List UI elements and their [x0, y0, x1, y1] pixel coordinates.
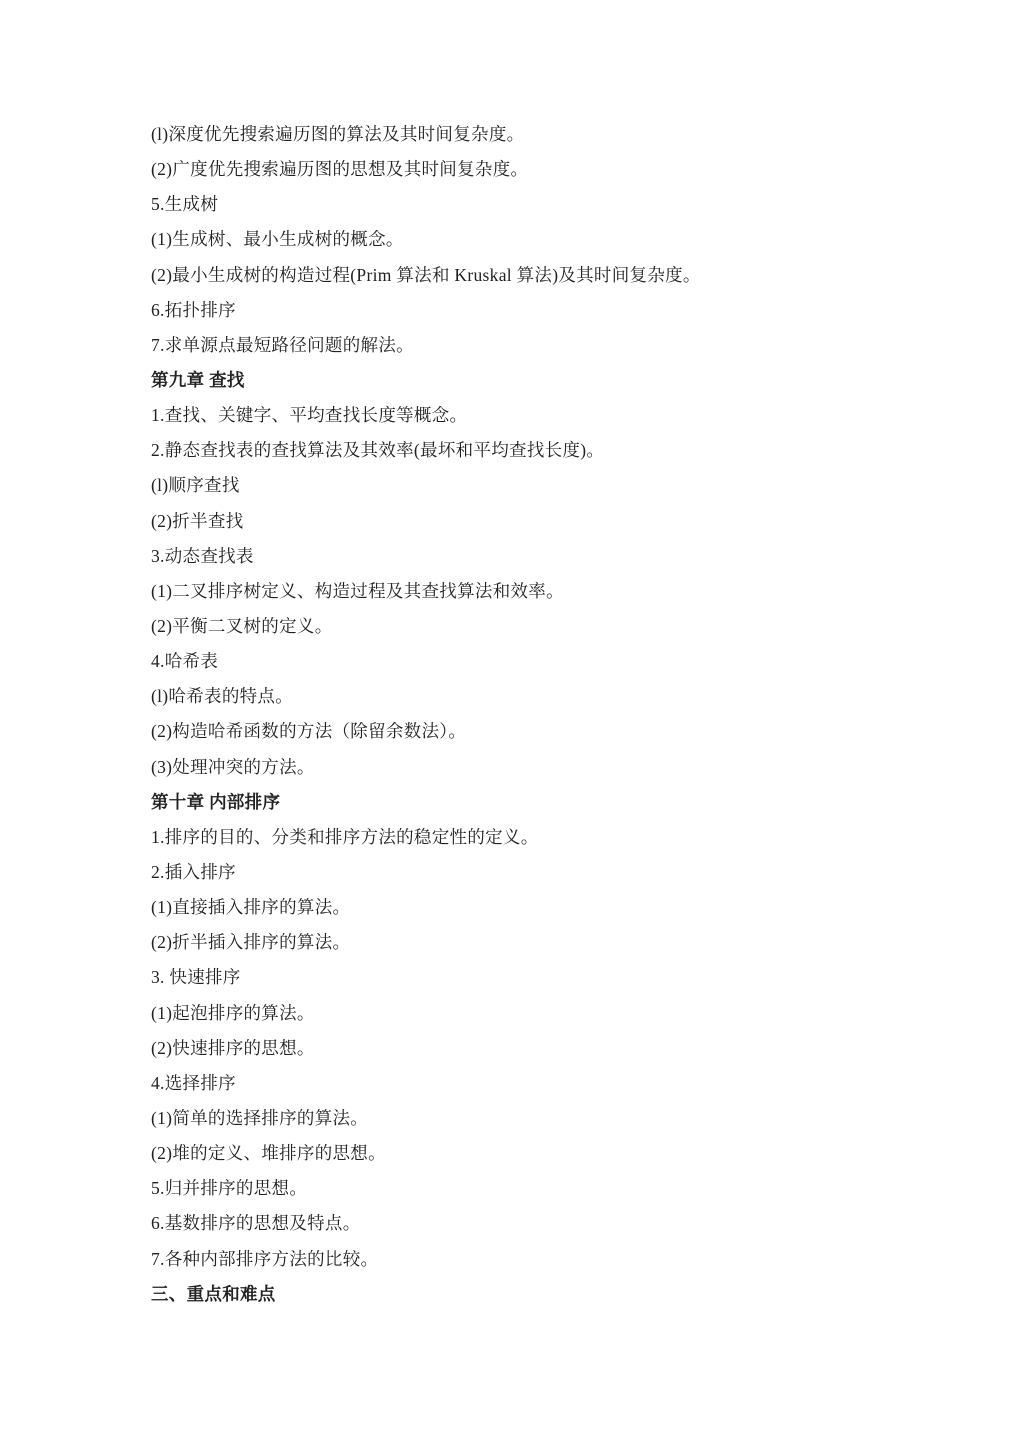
text-line: 1.查找、关键字、平均查找长度等概念。 [151, 398, 934, 433]
text-line: (1)起泡排序的算法。 [151, 996, 934, 1031]
text-line: (2)快速排序的思想。 [151, 1031, 934, 1066]
text-line: 2.插入排序 [151, 855, 934, 890]
text-line: (2)折半查找 [151, 504, 934, 539]
text-line: (3)处理冲突的方法。 [151, 750, 934, 785]
text-line: (1)二叉排序树定义、构造过程及其查找算法和效率。 [151, 574, 934, 609]
text-line: 5.归并排序的思想。 [151, 1171, 934, 1206]
text-line: (2)最小生成树的构造过程(Prim 算法和 Kruskal 算法)及其时间复杂… [151, 258, 934, 293]
text-line: (l)顺序查找 [151, 468, 934, 503]
text-line: 6.基数排序的思想及特点。 [151, 1206, 934, 1241]
text-line: (2)折半插入排序的算法。 [151, 925, 934, 960]
text-line: 3. 快速排序 [151, 960, 934, 995]
section-heading: 三、重点和难点 [151, 1277, 934, 1312]
text-line: (2)广度优先搜索遍历图的思想及其时间复杂度。 [151, 152, 934, 187]
text-line: (1)直接插入排序的算法。 [151, 890, 934, 925]
text-line: (l)哈希表的特点。 [151, 679, 934, 714]
text-line: 7.各种内部排序方法的比较。 [151, 1242, 934, 1277]
text-line: (2)平衡二叉树的定义。 [151, 609, 934, 644]
section-heading: 第十章 内部排序 [151, 785, 934, 820]
text-line: (l)深度优先搜索遍历图的算法及其时间复杂度。 [151, 117, 934, 152]
text-line: (1)生成树、最小生成树的概念。 [151, 222, 934, 257]
text-line: 4.哈希表 [151, 644, 934, 679]
text-line: 7.求单源点最短路径问题的解法。 [151, 328, 934, 363]
text-line: 6.拓扑排序 [151, 293, 934, 328]
section-heading: 第九章 查找 [151, 363, 934, 398]
document-page: (l)深度优先搜索遍历图的算法及其时间复杂度。(2)广度优先搜索遍历图的思想及其… [0, 0, 1024, 1448]
text-line: 1.排序的目的、分类和排序方法的稳定性的定义。 [151, 820, 934, 855]
text-line: (2)堆的定义、堆排序的思想。 [151, 1136, 934, 1171]
document-body: (l)深度优先搜索遍历图的算法及其时间复杂度。(2)广度优先搜索遍历图的思想及其… [151, 117, 934, 1312]
text-line: (2)构造哈希函数的方法（除留余数法）。 [151, 714, 934, 749]
text-line: (1)简单的选择排序的算法。 [151, 1101, 934, 1136]
text-line: 3.动态查找表 [151, 539, 934, 574]
text-line: 4.选择排序 [151, 1066, 934, 1101]
text-line: 5.生成树 [151, 187, 934, 222]
text-line: 2.静态查找表的查找算法及其效率(最坏和平均查找长度)。 [151, 433, 934, 468]
